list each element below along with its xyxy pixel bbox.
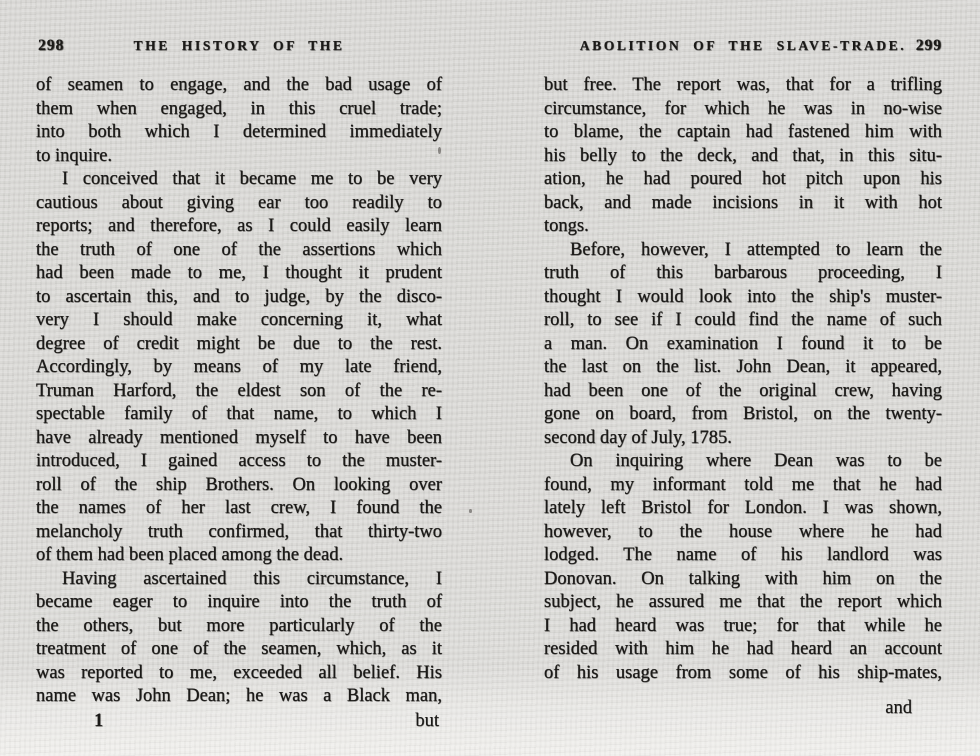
text-line: became eager to inquire into the truth o… (36, 591, 442, 615)
book-scan: { "colors": { "paper": "#d7d6d3", "ink":… (0, 0, 980, 756)
page-body-left: of seamen to engage, and the bad usage o… (36, 74, 442, 709)
text-line: roll, to see if I could find the name of… (544, 309, 942, 333)
text-line: spectable family of that name, to which … (36, 403, 442, 427)
text-line: into both which I determined immediately (36, 121, 442, 145)
text-line: the names of her last crew, I found the (36, 497, 442, 521)
text-line: subject, he assured me that the report w… (544, 591, 942, 615)
text-line: back, and made incisions in it with hot (544, 192, 942, 216)
text-line: very I should make concerning it, what (36, 309, 442, 333)
text-line: Truman Harford, the eldest son of the re… (36, 380, 442, 404)
text-line: circumstance, for which he was in no-wis… (544, 98, 942, 122)
text-line: treatment of one of the seamen, which, a… (36, 638, 442, 662)
text-line: cautious about giving ear too readily to (36, 192, 442, 216)
text-line: had been one of the original crew, havin… (544, 380, 942, 404)
text-line: to inquire. (36, 145, 442, 169)
text-line: gone on board, from Bristol, on the twen… (544, 403, 942, 427)
text-line: ation, he had poured hot pitch upon his (544, 168, 942, 192)
text-line: On inquiring where Dean was to be (544, 450, 942, 474)
text-line: I had heard was true; for that while he (544, 615, 942, 639)
page-body-right: but free. The report was, that for a tri… (544, 74, 942, 685)
text-line: tongs. (544, 215, 942, 239)
text-line: Before, however, I attempted to learn th… (544, 239, 942, 263)
scan-speck (438, 147, 441, 154)
catchword-left: but (415, 710, 439, 734)
text-line: however, to the house where he had (544, 521, 942, 545)
text-line: thought I would look into the ship's mus… (544, 286, 942, 310)
text-line: second day of July, 1785. (544, 427, 942, 451)
text-line: of seamen to engage, and the bad usage o… (36, 74, 442, 98)
text-line: found, my informant told me that he had (544, 474, 942, 498)
text-line: introduced, I gained access to the muste… (36, 450, 442, 474)
running-header-left: THE HISTORY OF THE (36, 38, 442, 54)
text-line: lodged. The name of his landlord was (544, 544, 942, 568)
text-line: name was John Dean; he was a Black man, (36, 685, 442, 709)
page-left-header: 298 THE HISTORY OF THE (36, 38, 442, 58)
text-line: degree of credit might be due to the res… (36, 333, 442, 357)
text-line: of them had been placed among the dead. (36, 544, 442, 568)
text-line: but free. The report was, that for a tri… (544, 74, 942, 98)
text-line: resided with him he had heard an account (544, 638, 942, 662)
text-line: to blame, the captain had fastened him w… (544, 121, 942, 145)
text-line: truth of this barbarous proceeding, I (544, 262, 942, 286)
text-line: his belly to the deck, and that, in this… (544, 145, 942, 169)
page-right-footline: and (544, 697, 942, 721)
text-line: Accordingly, by means of my late friend, (36, 356, 442, 380)
text-line: lately left Bristol for London. I was sh… (544, 497, 942, 521)
text-line: of his usage from some of his ship-mates… (544, 662, 942, 686)
text-line: was reported to me, exceeded all belief.… (36, 662, 442, 686)
page-left-footline: 1 but (36, 710, 442, 734)
text-line: reports; and therefore, as I could easil… (36, 215, 442, 239)
page-number-left: 298 (38, 37, 64, 55)
text-line: Having ascertained this circumstance, I (36, 568, 442, 592)
text-line: the others, but more particularly of the (36, 615, 442, 639)
running-header-right: ABOLITION OF THE SLAVE-TRADE. (544, 38, 942, 54)
text-line: had been made to me, I thought it pruden… (36, 262, 442, 286)
page-left: 298 THE HISTORY OF THE of seamen to enga… (36, 38, 442, 733)
text-line: the truth of one of the assertions which (36, 239, 442, 263)
page-right-header: ABOLITION OF THE SLAVE-TRADE. 299 (544, 38, 942, 58)
page-number-right: 299 (916, 37, 942, 55)
text-line: have already mentioned myself to have be… (36, 427, 442, 451)
scan-speck (930, 182, 934, 185)
signature-mark: 1 (94, 710, 103, 734)
page-right: ABOLITION OF THE SLAVE-TRADE. 299 but fr… (544, 38, 942, 721)
text-line: the last on the list. John Dean, it appe… (544, 356, 942, 380)
text-line: a man. On examination I found it to be (544, 333, 942, 357)
text-line: roll of the ship Brothers. On looking ov… (36, 474, 442, 498)
text-line: melancholy truth confirmed, that thirty-… (36, 521, 442, 545)
scan-speck (469, 509, 472, 513)
text-line: them when engaged, in this cruel trade; (36, 98, 442, 122)
catchword-right: and (885, 697, 912, 721)
text-line: I conceived that it became me to be very (36, 168, 442, 192)
text-line: Donovan. On talking with him on the (544, 568, 942, 592)
text-line: to ascertain this, and to judge, by the … (36, 286, 442, 310)
